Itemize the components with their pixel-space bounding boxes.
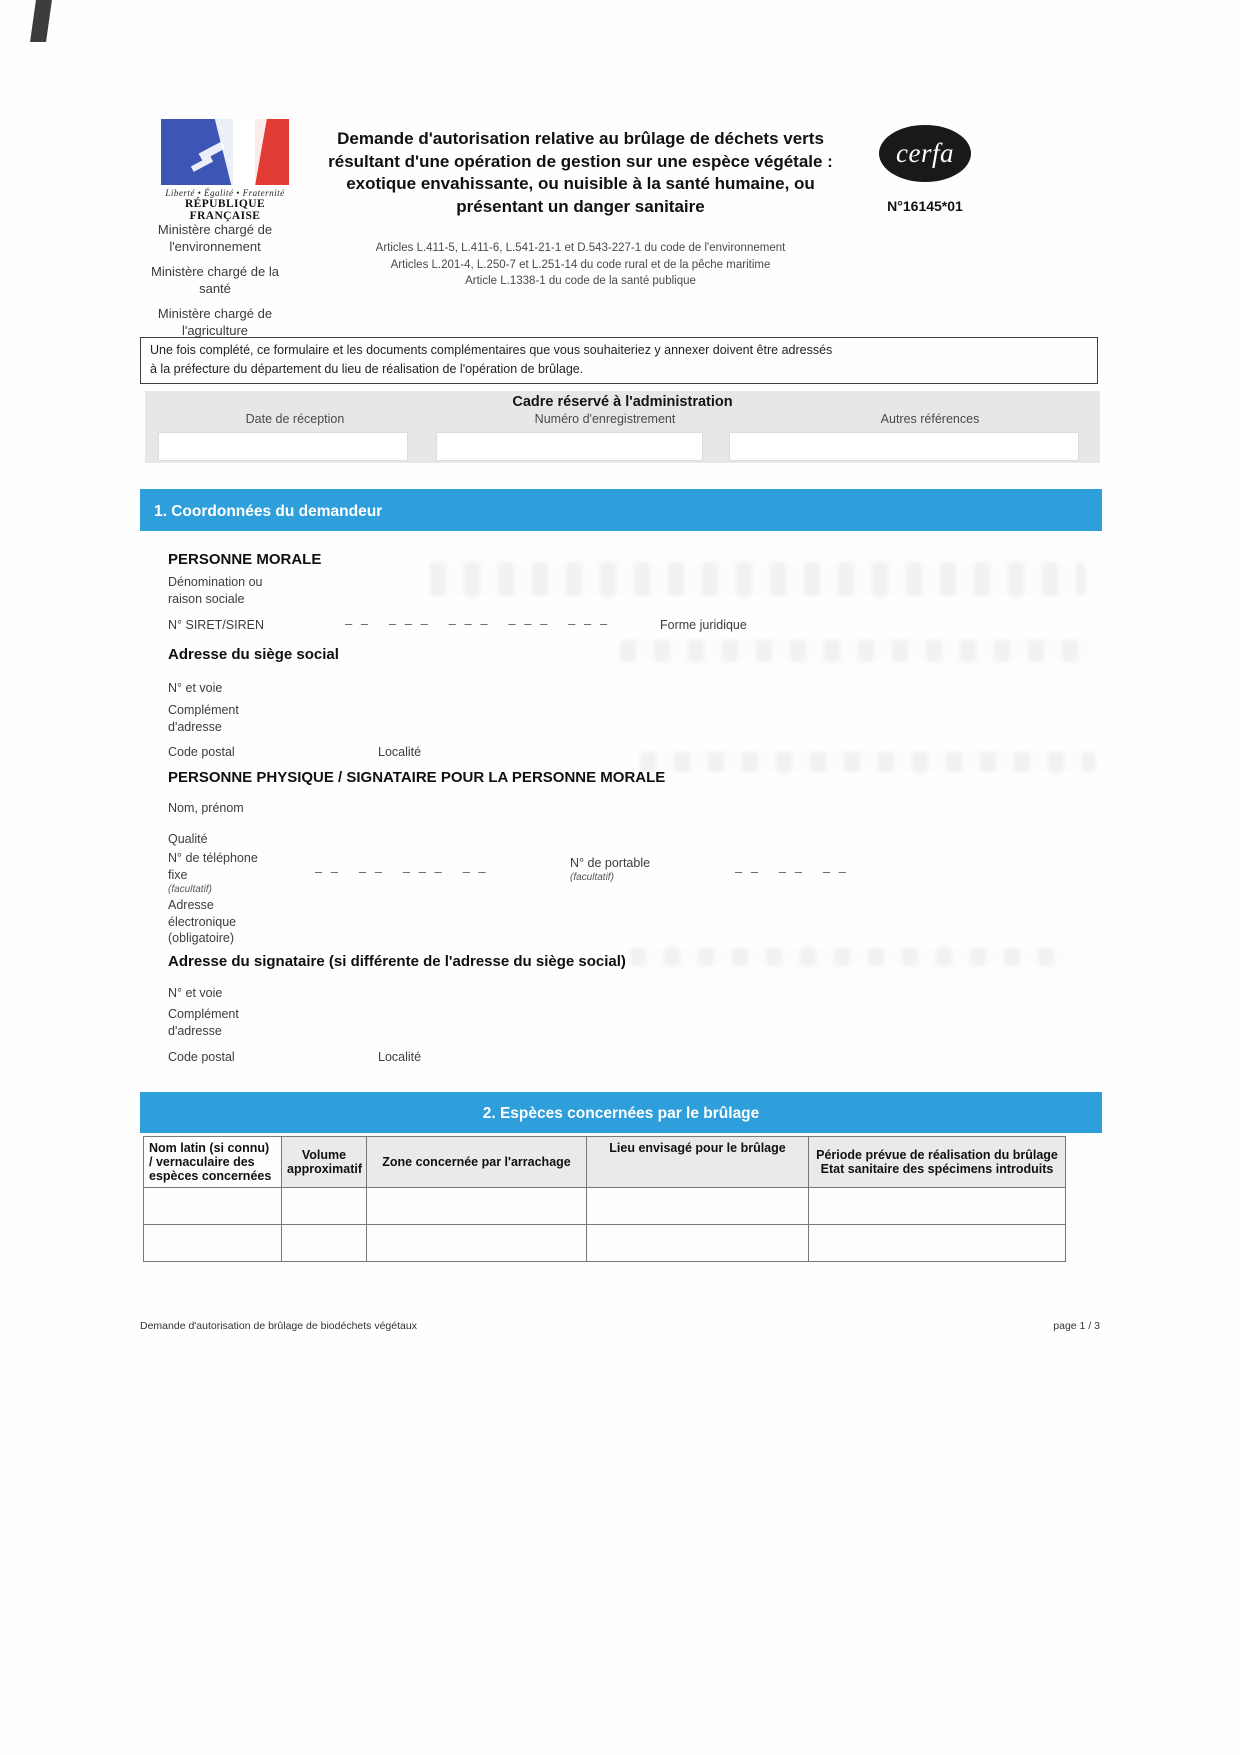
admin-box-title: Cadre réservé à l'administration [145, 391, 1100, 410]
form-title: Demande d'autorisation relative au brûla… [298, 128, 863, 218]
col-nom-latin-header: Nom latin (si connu) / vernaculaire des … [144, 1137, 282, 1188]
footer-page-number: page 1 / 3 [1000, 1320, 1100, 1332]
scan-artifact [30, 0, 52, 42]
col-periode-header: Période prévue de réalisation du brûlage… [809, 1137, 1066, 1188]
adresse-siege-heading: Adresse du siège social [168, 646, 339, 663]
nom-prenom-label: Nom, prénom [168, 800, 244, 817]
adresse-signataire-heading: Adresse du signataire (si différente de … [168, 953, 626, 970]
personne-physique-heading: PERSONNE PHYSIQUE / SIGNATAIRE POUR LA P… [168, 769, 665, 786]
siret-label: N° SIRET/SIREN [168, 617, 264, 634]
table-cell[interactable] [367, 1188, 587, 1225]
species-table: Nom latin (si connu) / vernaculaire des … [143, 1136, 1066, 1262]
table-cell[interactable] [367, 1225, 587, 1262]
cerfa-number: N°16145*01 [879, 198, 971, 214]
telephone-fixe-label: N° de téléphone fixe [168, 850, 263, 883]
table-cell[interactable] [144, 1225, 282, 1262]
sig-complement-label: Complément d'adresse [168, 1006, 258, 1039]
siret-field[interactable]: – – – – – – – – – – – – – – [345, 616, 610, 631]
numero-enregistrement-input[interactable] [436, 432, 703, 461]
forme-juridique-label: Forme juridique [660, 617, 747, 634]
siege-complement-label: Complément d'adresse [168, 702, 258, 735]
siege-localite-label: Localité [378, 744, 421, 761]
header-logo: Liberté • Égalité • Fraternité RÉPUBLIQU… [150, 119, 300, 222]
admin-box-labels: Date de réception Numéro d'enregistremen… [145, 412, 1100, 426]
telephone-fixe-field[interactable]: – – – – – – – – – [315, 864, 488, 879]
scan-artifact [430, 562, 1085, 596]
ministry-list: Ministère chargé de l'environnement Mini… [140, 222, 290, 348]
form-title-line: présentant un danger sanitaire [298, 196, 863, 219]
flag-red-band [255, 119, 289, 185]
article-line: Article L.1338-1 du code de la santé pub… [298, 273, 863, 290]
date-reception-input[interactable] [158, 432, 408, 461]
flag-white-band [233, 119, 255, 185]
personne-morale-heading: PERSONNE MORALE [168, 551, 321, 568]
table-row [144, 1188, 1066, 1225]
telephone-fixe-note: (facultatif) [168, 884, 212, 895]
ministry-item: Ministère chargé de l'environnement [140, 222, 290, 255]
footer-document-title: Demande d'autorisation de brûlage de bio… [140, 1320, 417, 1332]
ministry-item: Ministère chargé de la santé [140, 264, 290, 297]
portable-note: (facultatif) [570, 872, 614, 883]
autres-references-label: Autres références [765, 412, 1095, 426]
table-row [144, 1225, 1066, 1262]
cerfa-badge: cerfa [879, 125, 971, 182]
sig-voie-label: N° et voie [168, 985, 222, 1002]
portable-label: N° de portable [570, 855, 650, 872]
table-cell[interactable] [282, 1225, 367, 1262]
form-title-line: exotique envahissante, ou nuisible à la … [298, 173, 863, 196]
portable-field[interactable]: – – – – – – [735, 864, 848, 879]
scan-artifact [630, 948, 1070, 966]
article-line: Articles L.411-5, L.411-6, L.541-21-1 et… [298, 240, 863, 257]
table-cell[interactable] [282, 1188, 367, 1225]
notice-box: Une fois complété, ce formulaire et les … [140, 337, 1098, 384]
logo-motto: Liberté • Égalité • Fraternité [150, 188, 300, 198]
email-label: Adresse électronique (obligatoire) [168, 897, 248, 947]
ministry-item: Ministère chargé de l'agriculture [140, 306, 290, 339]
scanned-form-page: Liberté • Égalité • Fraternité RÉPUBLIQU… [0, 0, 1240, 1755]
flag-blue-band [161, 119, 233, 185]
logo-republic: RÉPUBLIQUE FRANÇAISE [150, 198, 300, 222]
autres-references-input[interactable] [729, 432, 1079, 461]
form-title-line: résultant d'une opération de gestion sur… [298, 151, 863, 174]
scan-artifact [620, 640, 1090, 662]
section-1-header: 1. Coordonnées du demandeur [140, 489, 1102, 531]
table-cell[interactable] [809, 1188, 1066, 1225]
qualite-label: Qualité [168, 831, 208, 848]
article-line: Articles L.201-4, L.250-7 et L.251-14 du… [298, 257, 863, 274]
legal-articles: Articles L.411-5, L.411-6, L.541-21-1 et… [298, 240, 863, 290]
cerfa-logo-text: cerfa [896, 138, 954, 169]
sig-cp-label: Code postal [168, 1049, 235, 1066]
date-reception-label: Date de réception [145, 412, 445, 426]
col-lieu-header: Lieu envisagé pour le brûlage [587, 1137, 809, 1188]
col-volume-header: Volume approximatif [282, 1137, 367, 1188]
siege-voie-label: N° et voie [168, 680, 222, 697]
notice-line: Une fois complété, ce formulaire et les … [150, 341, 1088, 360]
table-cell[interactable] [587, 1188, 809, 1225]
numero-enregistrement-label: Numéro d'enregistrement [445, 412, 765, 426]
table-cell[interactable] [809, 1225, 1066, 1262]
table-header-row: Nom latin (si connu) / vernaculaire des … [144, 1137, 1066, 1188]
denomination-label: Dénomination ou raison sociale [168, 574, 268, 607]
col-zone-header: Zone concernée par l'arrachage [367, 1137, 587, 1188]
scan-artifact [640, 752, 1095, 772]
notice-line: à la préfecture du département du lieu d… [150, 360, 1088, 379]
siege-cp-label: Code postal [168, 744, 235, 761]
table-cell[interactable] [587, 1225, 809, 1262]
section-2-header: 2. Espèces concernées par le brûlage [140, 1092, 1102, 1133]
french-flag-logo [161, 119, 289, 185]
form-title-line: Demande d'autorisation relative au brûla… [298, 128, 863, 151]
table-cell[interactable] [144, 1188, 282, 1225]
sig-localite-label: Localité [378, 1049, 421, 1066]
